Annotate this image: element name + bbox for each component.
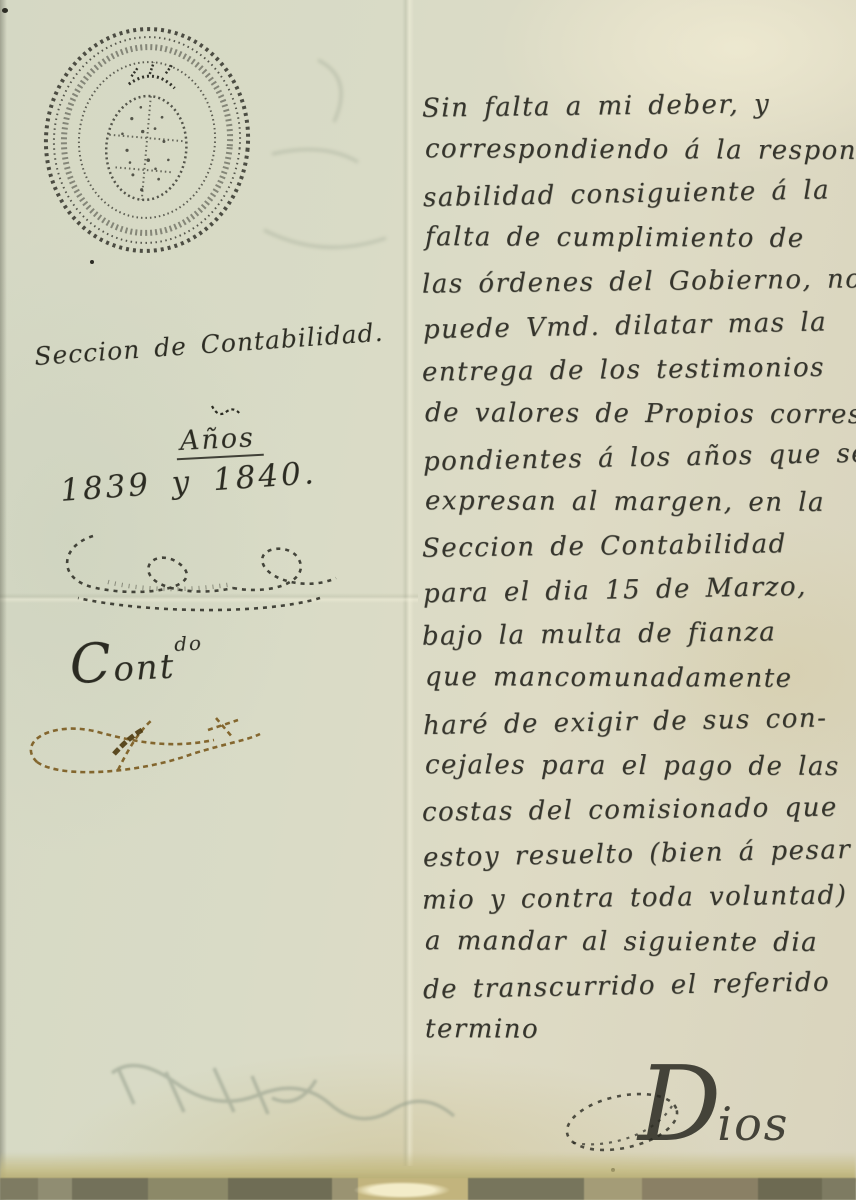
answered-initial: C — [68, 631, 115, 696]
answered-superscript: do — [174, 631, 204, 656]
margin-years-value: 1839 y 1840. — [59, 455, 318, 509]
letter-line: pondientes á los años que se — [423, 432, 855, 484]
margin-answered-note: Contdo — [69, 645, 205, 692]
letter-line: estoy resuelto (bien á pesar — [423, 828, 855, 880]
paragraph-mark-squiggle — [208, 400, 244, 420]
margin-section-label: Seccion de Contabilidad. — [33, 318, 384, 371]
letter-line: costas del comisionado que — [422, 785, 855, 834]
letter-line: puede Vmd. dilatar mas la — [423, 300, 855, 352]
brown-ink-flourish — [22, 692, 277, 792]
letter-line: cejales para el pago de las — [425, 743, 854, 789]
letter-line: a mandar al siguiente dia — [425, 919, 854, 965]
letter-body: Sin falta a mi deber, y correspondiendo … — [422, 84, 854, 1052]
ink-showthrough-bottom — [26, 1058, 466, 1143]
letter-line: de valores de Propios corres- — [425, 391, 854, 437]
vertical-fold-crease — [402, 0, 414, 1166]
ink-speck — [90, 260, 94, 264]
ink-showthrough-top — [248, 32, 428, 292]
seal-ring-text-illegible — [56, 40, 238, 240]
official-seal-stamp — [28, 11, 266, 269]
closing-initial: D — [638, 1043, 717, 1165]
letter-line: bajo la multa de fianza — [422, 609, 855, 658]
seal-stipple-dots — [116, 105, 174, 194]
rubric-flourish — [48, 518, 353, 623]
letter-line: sabilidad consiguiente á la — [423, 168, 855, 220]
letter-line: falta de cumplimiento de — [425, 215, 854, 261]
margin-years-heading: Años — [175, 422, 264, 461]
letter-line: expresan al margen, en la — [425, 479, 854, 525]
letter-line: Seccion de Contabilidad — [422, 521, 855, 570]
letter-line: mio y contra toda voluntad) — [422, 873, 855, 922]
letter-line: las órdenes del Gobierno, no — [422, 257, 855, 306]
letter-line: que mancomunadamente — [425, 655, 854, 701]
letter-line: entrega de los testimonios — [422, 345, 855, 394]
manuscript-page: Seccion de Contabilidad. Años 1839 y 184… — [0, 0, 856, 1200]
closing-rest: ios — [717, 1097, 789, 1151]
letter-line: haré de exigir de sus con- — [423, 696, 855, 748]
answered-body: ont — [112, 646, 176, 689]
letter-line: para el dia 15 de Marzo, — [423, 564, 855, 616]
letter-line: Sin falta a mi deber, y — [422, 81, 855, 130]
letter-line: de transcurrido el referido — [423, 960, 855, 1012]
page-left-edge-shadow — [0, 0, 7, 1200]
page-bottom-edge — [0, 1178, 856, 1200]
ink-speck — [2, 8, 8, 13]
letter-line: correspondiendo á la respon- — [425, 127, 854, 173]
